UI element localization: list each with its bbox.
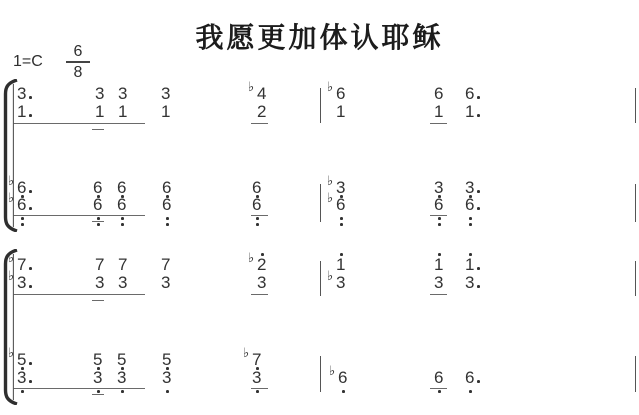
octave-down-dot <box>340 223 343 226</box>
beam-line <box>430 388 447 389</box>
note-digit: 4 <box>257 87 266 100</box>
octave-down-dot <box>121 223 124 226</box>
octave-down-dot <box>256 223 259 226</box>
octave-down-dot <box>21 223 24 226</box>
octave-down-dot <box>342 390 345 393</box>
octave-down-dot <box>469 223 472 226</box>
song-title: 我愿更加体认耶稣 <box>0 16 639 56</box>
note-digit: 3 <box>336 181 345 194</box>
octave-down-dot <box>469 217 472 220</box>
beam-line <box>430 294 447 295</box>
note-digit: 3 <box>161 87 170 100</box>
octave-up-dot <box>438 253 441 256</box>
flat-sign: ♭ <box>327 175 333 188</box>
sheet-music-page: 我愿更加体认耶稣 1=C 6 8 313131314♭26♭161616♭6♭6… <box>0 0 639 415</box>
octave-up-dot <box>261 253 264 256</box>
note-digit: 1 <box>434 105 443 118</box>
note-digit: 3 <box>161 276 170 289</box>
beam-line <box>92 394 104 395</box>
note-digit: 6 <box>338 371 347 384</box>
barline <box>635 261 636 296</box>
note-digit: 6 <box>336 198 345 211</box>
time-fraction-bar <box>66 61 90 63</box>
flat-sign: ♭ <box>329 365 335 378</box>
barline <box>320 88 321 123</box>
note-digit: 6 <box>162 181 171 194</box>
octave-down-dot <box>469 390 472 393</box>
note-digit: 3 <box>465 181 474 194</box>
barline <box>320 356 321 392</box>
octave-down-dot <box>97 223 100 226</box>
octave-down-dot <box>97 217 100 220</box>
note-digit: 1 <box>336 105 345 118</box>
note-digit: 5 <box>93 353 102 366</box>
augmentation-dot <box>477 190 480 193</box>
note-digit: 3 <box>162 371 171 384</box>
octave-down-dot <box>166 223 169 226</box>
augmentation-dot <box>29 285 32 288</box>
note-digit: 6 <box>336 87 345 100</box>
octave-down-dot <box>166 390 169 393</box>
note-digit: 6 <box>465 371 474 384</box>
note-digit: 1 <box>118 105 127 118</box>
beam-line <box>430 215 447 216</box>
octave-down-dot <box>21 390 24 393</box>
note-digit: 5 <box>117 353 126 366</box>
octave-down-dot <box>121 217 124 220</box>
beam-line <box>251 294 268 295</box>
note-digit: 1 <box>161 105 170 118</box>
octave-down-dot <box>438 390 441 393</box>
augmentation-dot <box>29 380 32 383</box>
system-brace <box>1 249 21 405</box>
note-digit: 7 <box>118 258 127 271</box>
augmentation-dot <box>29 190 32 193</box>
note-digit: 1 <box>434 258 443 271</box>
beam-line <box>13 388 145 389</box>
octave-down-dot <box>256 390 259 393</box>
beam-line <box>92 129 104 130</box>
beam-line <box>92 300 104 301</box>
note-digit: 3 <box>93 371 102 384</box>
flat-sign: ♭ <box>327 192 333 205</box>
note-digit: 6 <box>434 371 443 384</box>
note-digit: 3 <box>257 276 266 289</box>
note-digit: 3 <box>434 181 443 194</box>
augmentation-dot <box>477 207 480 210</box>
note-digit: 3 <box>118 87 127 100</box>
flat-sign: ♭ <box>248 81 254 94</box>
note-digit: 6 <box>434 198 443 211</box>
augmentation-dot <box>29 96 32 99</box>
beam-line <box>251 123 268 124</box>
octave-up-dot <box>340 253 343 256</box>
augmentation-dot <box>29 114 32 117</box>
note-digit: 6 <box>465 198 474 211</box>
octave-up-dot <box>469 253 472 256</box>
note-digit: 7 <box>161 258 170 271</box>
note-digit: 1 <box>95 105 104 118</box>
octave-down-dot <box>121 390 124 393</box>
beam-line <box>13 294 145 295</box>
augmentation-dot <box>29 267 32 270</box>
barline <box>320 184 321 222</box>
beam-line <box>92 221 104 222</box>
time-signature: 6 8 <box>66 43 90 81</box>
flat-sign: ♭ <box>243 347 249 360</box>
note-digit: 6 <box>162 198 171 211</box>
time-denominator: 8 <box>66 64 90 81</box>
note-digit: 2 <box>257 258 266 271</box>
note-digit: 3 <box>95 87 104 100</box>
barline <box>635 184 636 222</box>
octave-down-dot <box>438 223 441 226</box>
note-digit: 6 <box>117 181 126 194</box>
barline <box>635 356 636 392</box>
system-brace <box>1 79 21 232</box>
note-digit: 3 <box>252 371 261 384</box>
note-digit: 5 <box>162 353 171 366</box>
octave-down-dot <box>97 390 100 393</box>
note-digit: 7 <box>252 353 261 366</box>
augmentation-dot <box>477 114 480 117</box>
barline <box>320 261 321 296</box>
octave-down-dot <box>340 217 343 220</box>
flat-sign: ♭ <box>327 81 333 94</box>
barline <box>635 88 636 123</box>
note-digit: 3 <box>118 276 127 289</box>
note-digit: 6 <box>117 198 126 211</box>
note-digit: 6 <box>93 198 102 211</box>
octave-down-dot <box>256 217 259 220</box>
beam-line <box>251 388 268 389</box>
octave-down-dot <box>21 217 24 220</box>
beam-line <box>251 215 268 216</box>
note-digit: 1 <box>336 258 345 271</box>
octave-down-dot <box>438 217 441 220</box>
octave-down-dot <box>166 217 169 220</box>
time-numerator: 6 <box>66 43 90 60</box>
note-digit: 6 <box>434 87 443 100</box>
note-digit: 3 <box>336 276 345 289</box>
key-signature: 1=C <box>13 53 43 71</box>
note-digit: 6 <box>252 198 261 211</box>
note-digit: 1 <box>465 105 474 118</box>
note-digit: 6 <box>465 87 474 100</box>
augmentation-dot <box>29 362 32 365</box>
note-digit: 3 <box>117 371 126 384</box>
beam-line <box>430 123 447 124</box>
beam-line <box>13 215 145 216</box>
note-digit: 3 <box>434 276 443 289</box>
note-digit: 7 <box>95 258 104 271</box>
note-digit: 3 <box>95 276 104 289</box>
augmentation-dot <box>29 207 32 210</box>
note-digit: 6 <box>93 181 102 194</box>
note-digit: 6 <box>252 181 261 194</box>
augmentation-dot <box>477 285 480 288</box>
augmentation-dot <box>477 267 480 270</box>
note-digit: 1 <box>465 258 474 271</box>
flat-sign: ♭ <box>327 270 333 283</box>
note-digit: 2 <box>257 105 266 118</box>
beam-line <box>13 123 145 124</box>
augmentation-dot <box>477 96 480 99</box>
note-digit: 3 <box>465 276 474 289</box>
augmentation-dot <box>477 380 480 383</box>
flat-sign: ♭ <box>248 252 254 265</box>
